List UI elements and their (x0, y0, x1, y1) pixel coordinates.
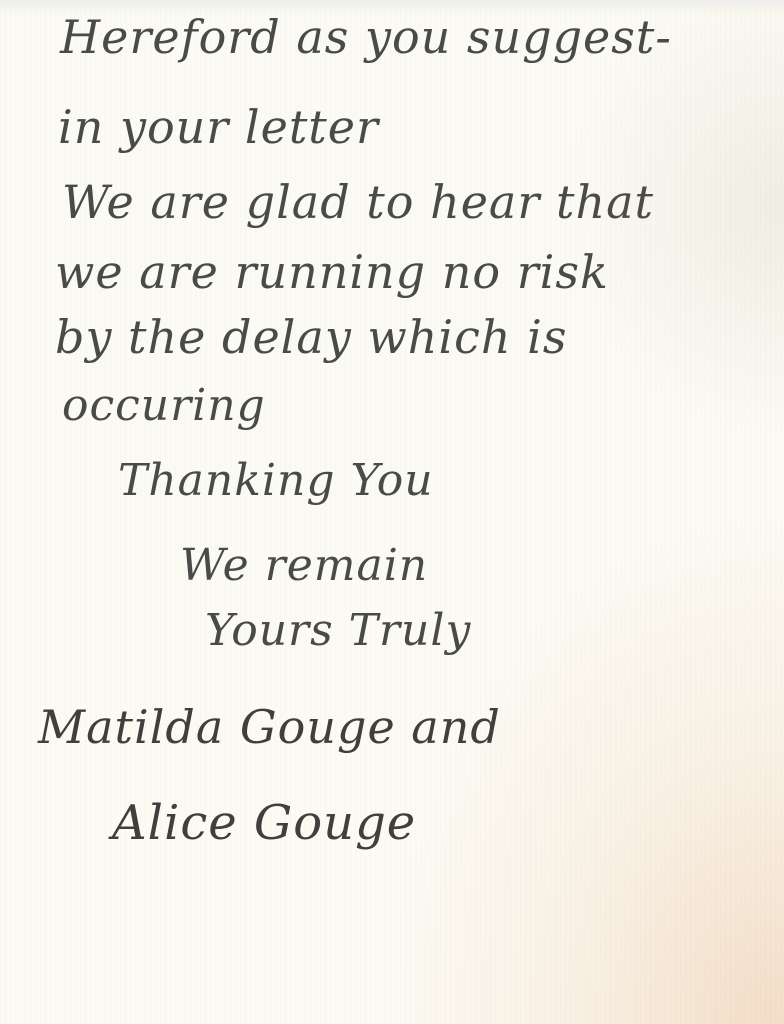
closing-valediction: Yours Truly (205, 605, 471, 656)
letter-line: we are running no risk (55, 245, 609, 299)
closing-thanks: Thanking You (118, 455, 434, 506)
letter-line: We are glad to hear that (62, 175, 654, 229)
letter-line: occuring (62, 380, 266, 431)
signature-line: Matilda Gouge and (38, 700, 501, 754)
signature-line: Alice Gouge (112, 795, 416, 851)
paper-top-edge (0, 0, 784, 10)
letter-line: by the delay which is (55, 310, 567, 364)
closing-remain: We remain (180, 540, 428, 591)
letter-line: Hereford as you suggest- (60, 10, 672, 64)
letter-line: in your letter (58, 100, 379, 154)
